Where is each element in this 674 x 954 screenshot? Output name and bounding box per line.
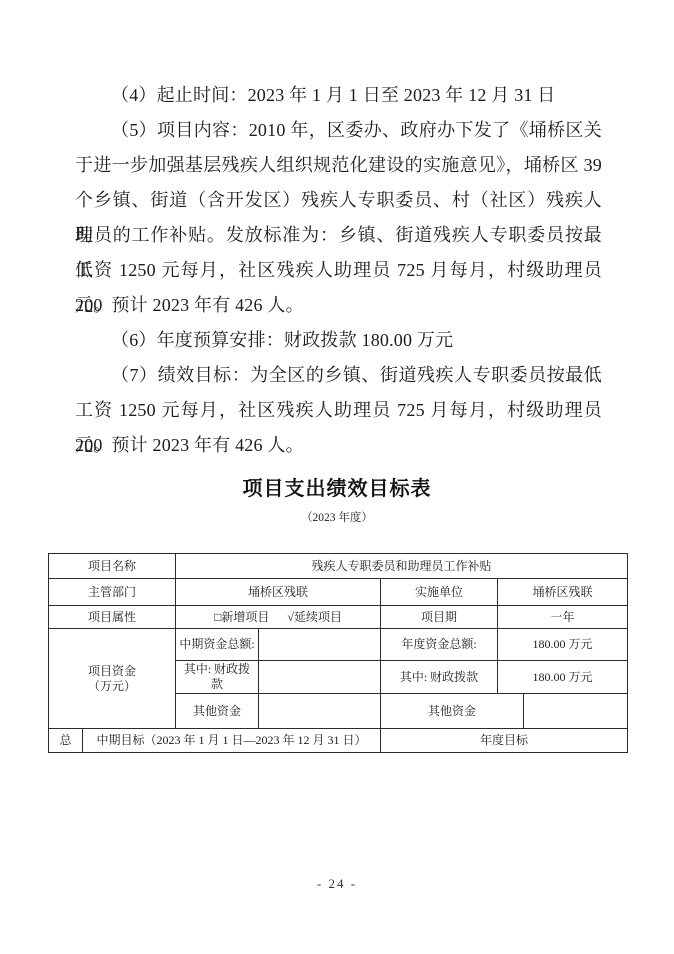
body-line: 元。预计 2023 年有 426 人。 — [75, 288, 602, 323]
attribute-value-cell: □新增项目√延续项目 — [176, 606, 381, 629]
attribute-label-cell: 项目属性 — [49, 606, 176, 629]
body-line: 于进一步加强基层残疾人组织规范化建设的实施意见》，埇桥区 39 — [75, 148, 602, 183]
mid-fiscal-label-cell: 其中: 财政拨款 — [176, 661, 259, 694]
mid-total-label-cell: 中期资金总额: — [176, 629, 259, 661]
mid-total-value-cell — [259, 629, 381, 661]
table-row: 项目资金 （万元） 中期资金总额: 年度资金总额: 180.00 万元 — [49, 629, 628, 661]
body-text: （4）起止时间：2023 年 1 月 1 日至 2023 年 12 月 31 日… — [75, 78, 602, 463]
body-line: 理员的工作补贴。发放标准为：乡镇、街道残疾人专职委员按最低 — [75, 218, 602, 253]
continue-project-label: 延续项目 — [294, 610, 342, 624]
table-row: 项目名称 残疾人专职委员和助理员工作补贴 — [49, 554, 628, 579]
body-line: 元。预计 2023 年有 426 人。 — [75, 428, 602, 463]
annual-goal-cell: 年度目标 — [381, 729, 628, 753]
new-project-label: 新增项目 — [221, 610, 269, 624]
period-label-cell: 项目期 — [381, 606, 498, 629]
table-title: 项目支出绩效目标表 — [0, 477, 674, 501]
mid-goal-cell: 中期目标（2023 年 1 月 1 日—2023 年 12 月 31 日） — [83, 729, 381, 753]
period-value-cell: 一年 — [498, 606, 628, 629]
performance-target-table: 项目名称 残疾人专职委员和助理员工作补贴 主管部门 埇桥区残联 实施单位 埇桥区… — [48, 553, 628, 753]
annual-fiscal-value-cell: 180.00 万元 — [498, 661, 628, 694]
page-number: - 24 - — [0, 876, 674, 892]
funds-label-cell: 项目资金 （万元） — [49, 629, 176, 729]
project-name-value-cell: 残疾人专职委员和助理员工作补贴 — [176, 554, 628, 579]
table-row: 主管部门 埇桥区残联 实施单位 埇桥区残联 — [49, 579, 628, 606]
body-line: 个乡镇、街道（含开发区）残疾人专职委员、村（社区）残疾人助 — [75, 183, 602, 218]
document-page: （4）起止时间：2023 年 1 月 1 日至 2023 年 12 月 31 日… — [0, 0, 674, 954]
table-subtitle: （2023 年度） — [0, 510, 674, 526]
body-line: （7）绩效目标：为全区的乡镇、街道残疾人专职委员按最低 — [75, 358, 602, 393]
body-line: （4）起止时间：2023 年 1 月 1 日至 2023 年 12 月 31 日 — [75, 78, 602, 113]
mid-other-value-cell — [259, 694, 381, 729]
body-line: （5）项目内容：2010 年，区委办、政府办下发了《埇桥区关 — [75, 113, 602, 148]
annual-total-label-cell: 年度资金总额: — [381, 629, 498, 661]
mid-fiscal-value-cell — [259, 661, 381, 694]
project-name-label-cell: 项目名称 — [49, 554, 176, 579]
impl-unit-value-cell: 埇桥区残联 — [498, 579, 628, 606]
table-row: 项目属性 □新增项目√延续项目 项目期 一年 — [49, 606, 628, 629]
annual-other-value-cell — [524, 694, 628, 729]
dept-label-cell: 主管部门 — [49, 579, 176, 606]
check-icon: √ — [287, 610, 294, 624]
body-line: （6）年度预算安排：财政拨款 180.00 万元 — [75, 323, 602, 358]
annual-total-value-cell: 180.00 万元 — [498, 629, 628, 661]
mid-other-label-cell: 其他资金 — [176, 694, 259, 729]
body-line: 工资 1250 元每月，社区残疾人助理员 725 月每月，村级助理员 200 — [75, 253, 602, 288]
overall-goal-cell: 总 — [49, 729, 83, 753]
body-line: 工资 1250 元每月，社区残疾人助理员 725 月每月，村级助理员 200 — [75, 393, 602, 428]
impl-unit-label-cell: 实施单位 — [381, 579, 498, 606]
table-row: 总 中期目标（2023 年 1 月 1 日—2023 年 12 月 31 日） … — [49, 729, 628, 753]
dept-value-cell: 埇桥区残联 — [176, 579, 381, 606]
annual-other-label-cell: 其他资金 — [381, 694, 524, 729]
annual-fiscal-label-cell: 其中: 财政拨款 — [381, 661, 498, 694]
